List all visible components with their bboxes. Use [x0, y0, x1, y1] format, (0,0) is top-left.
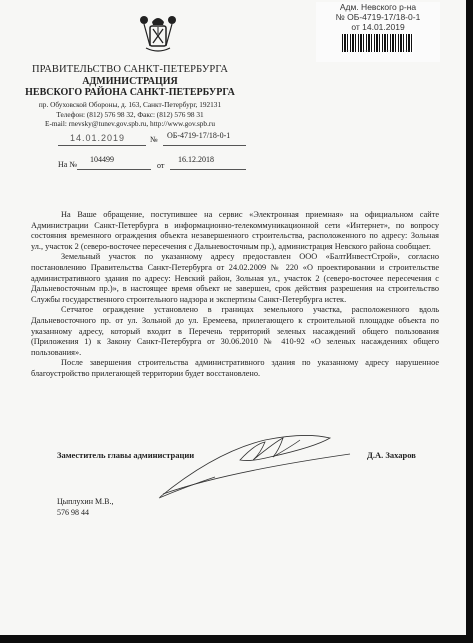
paragraph: После завершения строительства администр… — [31, 358, 439, 379]
coat-of-arms-icon — [134, 14, 182, 56]
outgoing-number: ОБ-4719-17/18-0-1 — [167, 131, 230, 140]
from-label: от — [157, 161, 164, 170]
email-web: E-mail: rnevsky@tunev.gov.spb.ru, http:/… — [20, 119, 240, 129]
contact-block: пр. Обуховской Обороны, д. 163, Санкт-Пе… — [20, 100, 240, 129]
divider — [170, 168, 246, 170]
government-name: ПРАВИТЕЛЬСТВО САНКТ-ПЕТЕРБУРГА — [20, 64, 240, 75]
postal-address: пр. Обуховской Обороны, д. 163, Санкт-Пе… — [20, 100, 240, 110]
letter-page: Адм. Невского р-на № ОБ-4719-17/18-0-1 о… — [0, 0, 466, 635]
barcode-icon — [342, 34, 414, 52]
in-reply-number: 104499 — [90, 155, 114, 164]
executor-name: Цыплухин М.В., — [57, 497, 113, 508]
scan-border — [466, 0, 473, 643]
stamp-date: от 14.01.2019 — [316, 22, 440, 32]
number-label: № — [150, 135, 158, 144]
phone-fax: Телефон: (812) 576 98 32, Факс: (812) 57… — [20, 110, 240, 120]
registration-stamp: Адм. Невского р-на № ОБ-4719-17/18-0-1 о… — [316, 2, 440, 62]
in-reply-label: На № — [58, 160, 77, 169]
handwritten-signature-icon — [155, 432, 355, 502]
stamp-number: № ОБ-4719-17/18-0-1 — [316, 12, 440, 22]
paragraph: Сетчатое ограждение установлено в границ… — [31, 305, 439, 358]
divider — [163, 144, 246, 146]
divider — [58, 144, 146, 146]
letter-body: На Ваше обращение, поступившее на сервис… — [31, 210, 439, 380]
scan-border — [0, 635, 473, 643]
divider — [77, 168, 151, 170]
signatory-name: Д.А. Захаров — [367, 450, 416, 460]
stamp-org: Адм. Невского р-на — [316, 2, 440, 12]
executor-phone: 576 98 44 — [57, 508, 113, 519]
paragraph: На Ваше обращение, поступившее на сервис… — [31, 210, 439, 252]
executor-block: Цыплухин М.В., 576 98 44 — [57, 497, 113, 518]
outgoing-date: 14.01.2019 — [70, 133, 125, 143]
administration-district: НЕВСКОГО РАЙОНА САНКТ-ПЕТЕРБУРГА — [20, 87, 240, 98]
in-reply-date: 16.12.2018 — [178, 155, 214, 164]
paragraph: Земельный участок по указанному адресу п… — [31, 252, 439, 305]
administration-title: АДМИНИСТРАЦИЯ — [20, 76, 240, 87]
